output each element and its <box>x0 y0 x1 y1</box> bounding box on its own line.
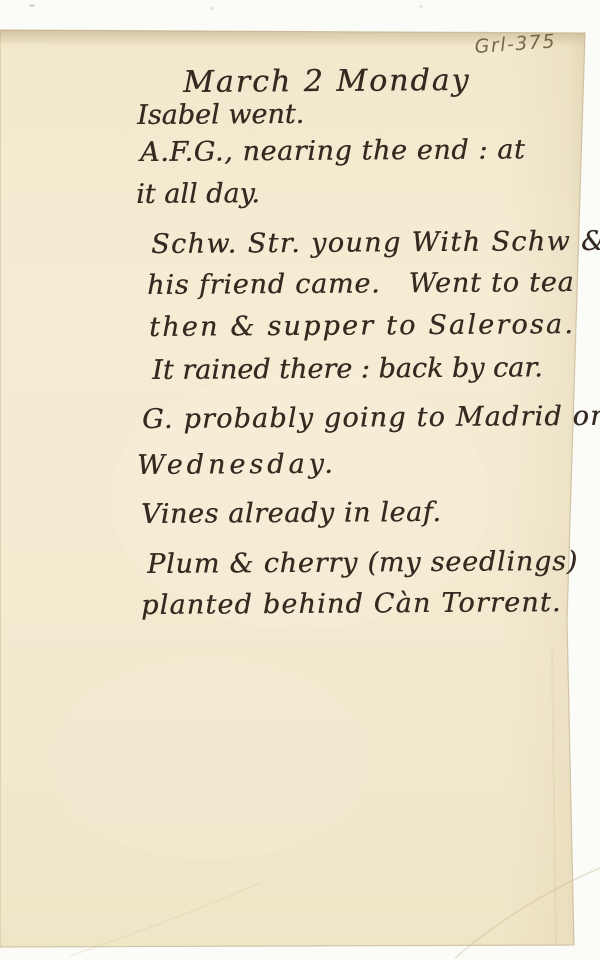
handwritten-line: Plum & cherry (my seedlings) <box>147 548 578 578</box>
handwritten-line: G. probably going to Madrid on <box>142 403 600 433</box>
scanned-diary-page: Grl-375 March 2 Monday Isabel went. A.F.… <box>0 0 600 960</box>
handwritten-line: then & supper to Salerosa. <box>149 311 575 341</box>
manuscript-text: Grl-375 March 2 Monday Isabel went. A.F.… <box>0 0 600 960</box>
handwritten-line: A.F.G., nearing the end : at <box>140 136 525 166</box>
handwritten-line: Vines already in leaf. <box>141 499 442 528</box>
handwritten-line: Schw. Str. young With Schw & <box>151 228 600 258</box>
handwritten-line: planted behind Càn Torrent. <box>141 589 562 619</box>
date-heading: March 2 Monday <box>183 66 471 98</box>
handwritten-line: his friend came. Went to tea <box>147 269 575 299</box>
handwritten-line: Isabel went. <box>137 101 304 129</box>
catalog-number: Grl-375 <box>474 30 557 58</box>
handwritten-line: Wednesday. <box>137 451 337 479</box>
handwritten-line: it all day. <box>136 180 260 208</box>
handwritten-line: It rained there : back by car. <box>152 354 543 384</box>
